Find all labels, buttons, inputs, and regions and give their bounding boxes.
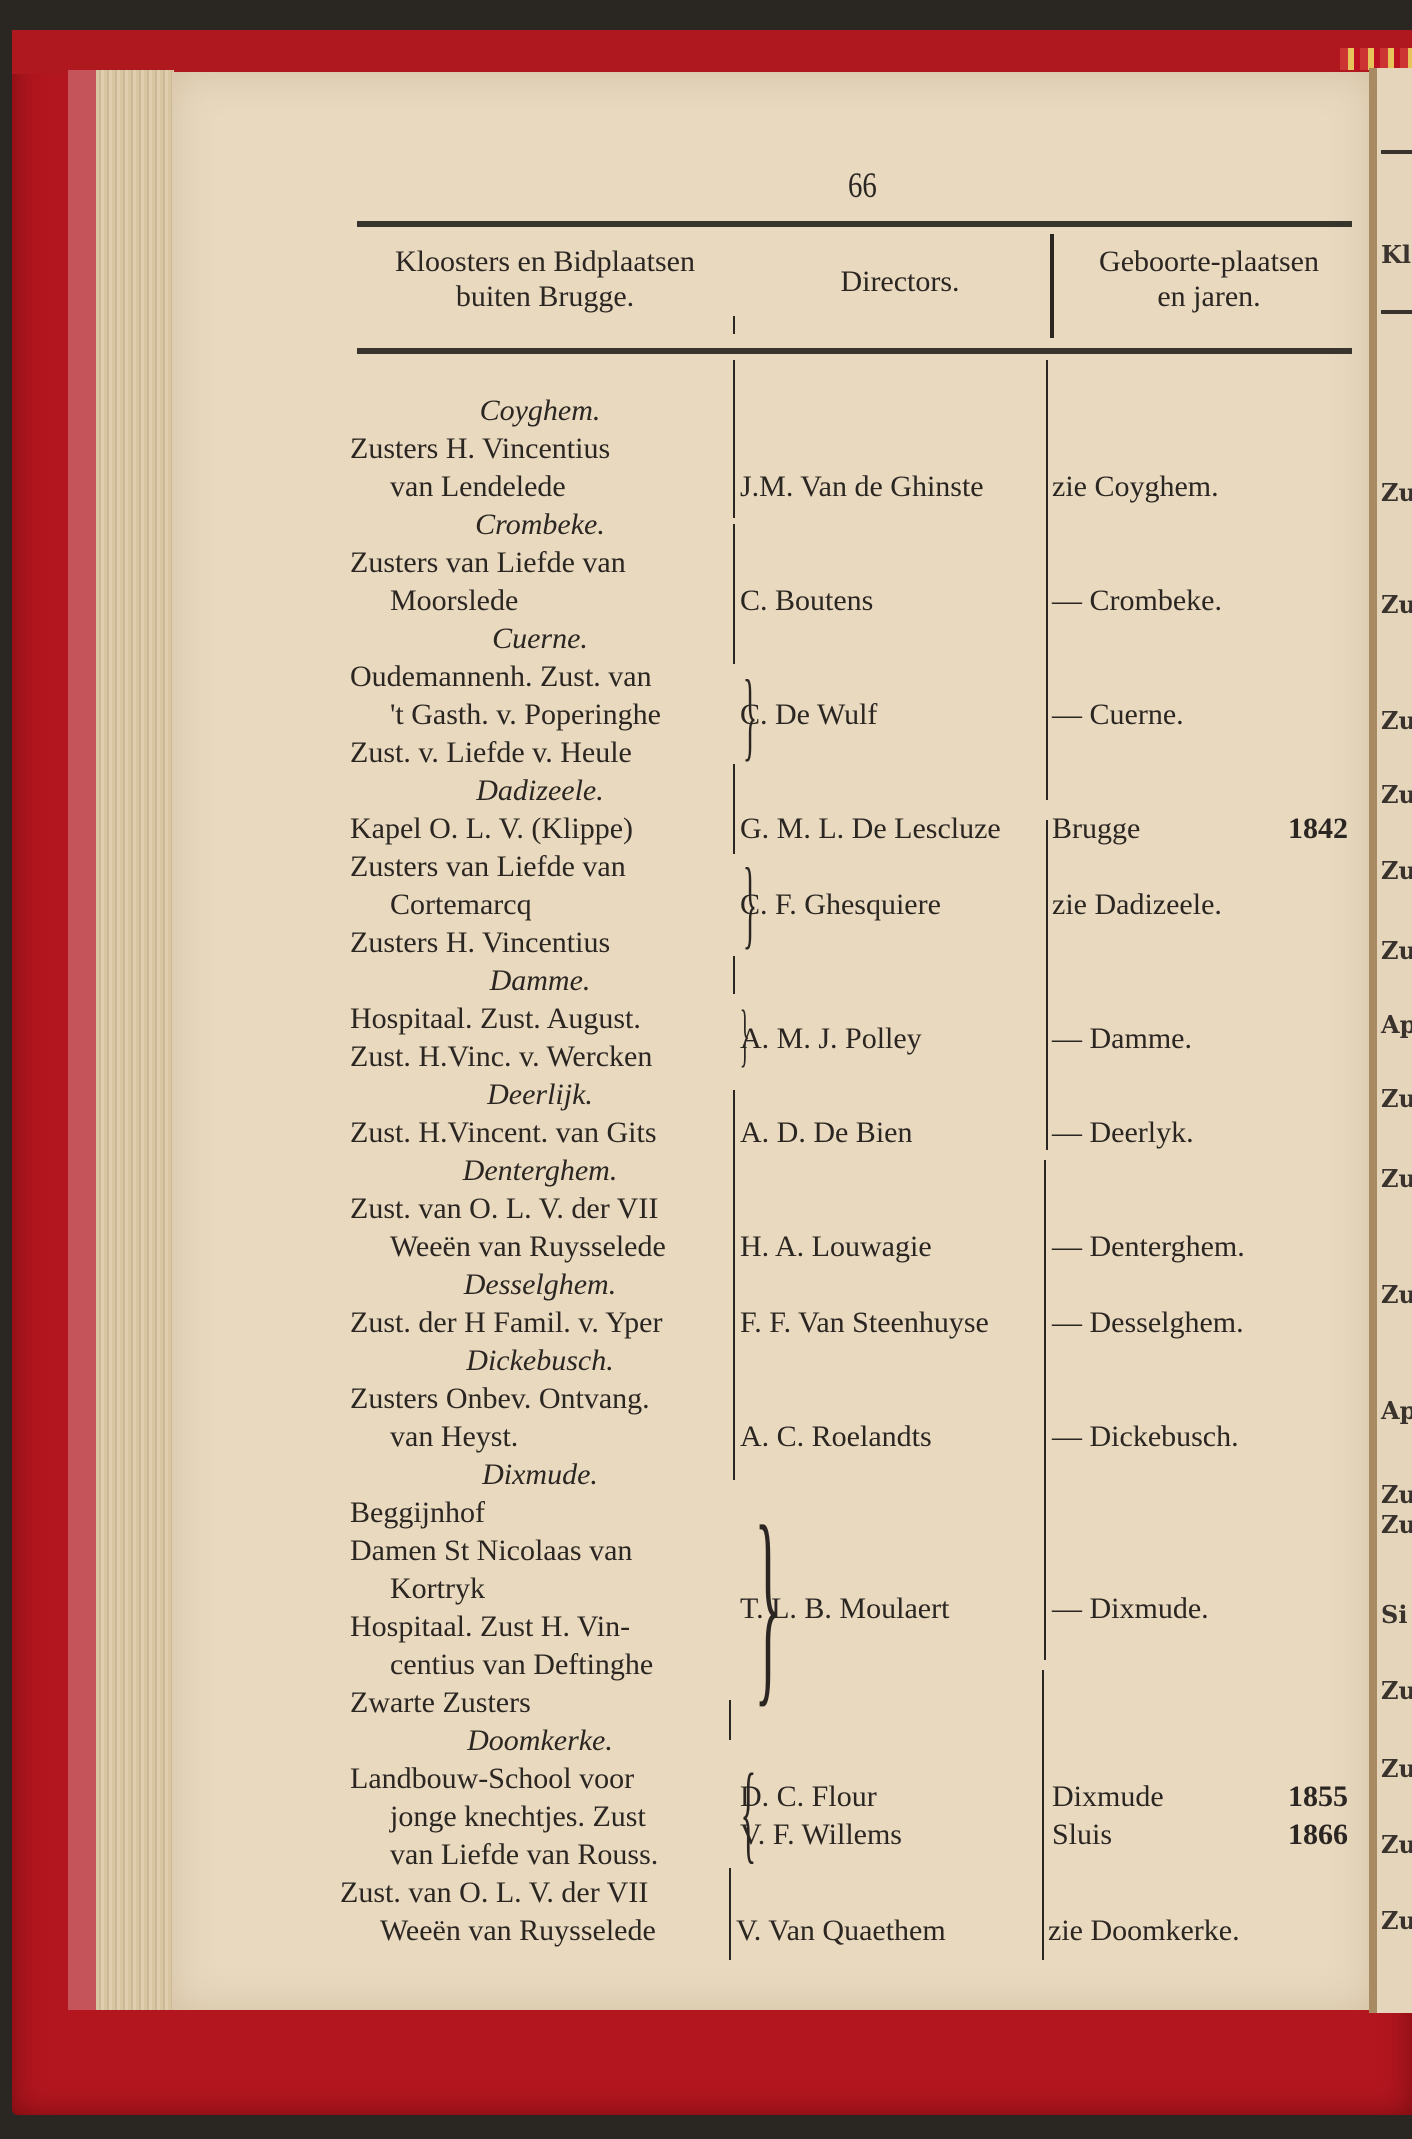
column-divider <box>1044 1160 1046 1660</box>
place-heading: Coyghem. <box>350 392 730 430</box>
headband <box>1340 48 1412 70</box>
institution-line: Zust. H.Vincent. van Gits <box>350 1114 730 1152</box>
institution-line: Oudemannenh. Zust. van <box>350 658 730 696</box>
next-page-edge: Kl Zu Zu Zu Zu Zu Zu Ap Zu Zu Zu Ap Zu Z… <box>1377 68 1412 2013</box>
column-header-directors: Directors. <box>760 264 1040 299</box>
header-col3-line2: en jaren. <box>1064 279 1354 314</box>
next-page-fragment: Zu <box>1381 1754 1412 1783</box>
institution-line: Landbouw-School voor <box>350 1760 730 1798</box>
institution-line: Hospitaal. Zust H. Vin- <box>350 1608 730 1646</box>
director-name: V. F. Willems <box>740 1816 902 1854</box>
director-name: D. C. Flour <box>740 1778 877 1816</box>
birthplace: Brugge <box>1052 810 1140 848</box>
institution-line: Zust. van O. L. V. der VII <box>350 1190 730 1228</box>
institution-line: Zusters van Liefde van <box>350 848 730 886</box>
institution-line: van Heyst. <box>350 1418 770 1456</box>
header-divider <box>1050 234 1054 338</box>
next-page-fragment: Zu <box>1381 1480 1412 1509</box>
next-page-fragment: Ap <box>1381 1396 1412 1425</box>
institution-line: centius van Deftinghe <box>350 1646 770 1684</box>
place-heading: Dixmude. <box>350 1456 730 1494</box>
institution-line: Zust. v. Liefde v. Heule <box>350 734 730 772</box>
place-heading: Denterghem. <box>350 1152 730 1190</box>
institution-line: Weeën van Ruysselede <box>350 1228 770 1266</box>
gutter <box>1369 68 1377 2013</box>
birthplace: — Deerlyk. <box>1052 1114 1194 1152</box>
place-heading: Dadizeele. <box>350 772 730 810</box>
institution-line: Zwarte Zusters <box>350 1684 730 1722</box>
place-heading: Damme. <box>350 962 730 1000</box>
next-page-fragment: Si <box>1381 1600 1407 1629</box>
next-page-fragment: Zu <box>1381 1084 1412 1113</box>
institution-line: Hospitaal. Zust. August. <box>350 1000 730 1038</box>
cover-top-edge <box>12 30 1412 74</box>
director-name: V. Van Quaethem <box>736 1912 946 1950</box>
birthplace: Dixmude <box>1052 1778 1164 1816</box>
next-page-fragment: Zu <box>1381 1906 1412 1935</box>
institution-line: jonge knechtjes. Zust <box>350 1798 770 1836</box>
institution-line: Zust. H.Vinc. v. Wercken <box>350 1038 730 1076</box>
institution-line: 't Gasth. v. Poperinghe <box>350 696 770 734</box>
place-heading: Desselghem. <box>350 1266 730 1304</box>
institution-line: van Liefde van Rouss. <box>350 1836 770 1874</box>
director-name: F. F. Van Steenhuyse <box>740 1304 989 1342</box>
next-page-fragment: Zu <box>1381 1676 1412 1705</box>
director-name: A. M. J. Polley <box>740 1020 922 1058</box>
birthplace: Sluis <box>1052 1816 1112 1854</box>
next-page-fragment: Zu <box>1381 1510 1412 1539</box>
next-page-fragment: Zu <box>1381 1830 1412 1859</box>
director-name: C. Boutens <box>740 582 873 620</box>
next-page-fragment: Zu <box>1381 478 1412 507</box>
next-page-fragment: Zu <box>1381 936 1412 965</box>
place-heading: Deerlijk. <box>350 1076 730 1114</box>
birthplace: zie Doomkerke. <box>1048 1912 1240 1950</box>
next-page-fragment: Zu <box>1381 780 1412 809</box>
director-name: J.M. Van de Ghinste <box>740 468 984 506</box>
director-name: H. A. Louwagie <box>740 1228 932 1266</box>
page-number: 66 <box>848 164 877 206</box>
place-heading: Doomkerke. <box>350 1722 730 1760</box>
next-page-fragment: Zu <box>1381 856 1412 885</box>
column-divider <box>733 956 735 994</box>
birthplace: — Cuerne. <box>1052 696 1184 734</box>
birthplace: — Dixmude. <box>1052 1590 1209 1628</box>
institution-line: Zusters van Liefde van <box>350 544 730 582</box>
birthplace: — Damme. <box>1052 1020 1192 1058</box>
institution-line: Cortemarcq <box>350 886 770 924</box>
birthplace: zie Coyghem. <box>1052 468 1219 506</box>
institution-line: Zusters H. Vincentius <box>350 924 730 962</box>
birthplace: — Crombeke. <box>1052 582 1222 620</box>
next-page-fragment: Kl <box>1381 240 1411 269</box>
institution-line: Damen St Nicolaas van <box>350 1532 730 1570</box>
director-name: T. L. B. Moulaert <box>740 1590 949 1628</box>
column-divider <box>733 764 735 854</box>
institution-line: Zust. van O. L. V. der VII <box>340 1874 720 1912</box>
institution-line: van Lendelede <box>350 468 770 506</box>
birth-year: 1842 <box>1288 812 1348 846</box>
place-heading: Cuerne. <box>350 620 730 658</box>
director-name: C. F. Ghesquiere <box>740 886 941 924</box>
birthplace: — Denterghem. <box>1052 1228 1245 1266</box>
place-heading: Dickebusch. <box>350 1342 730 1380</box>
header-col1-line2: buiten Brugge. <box>345 279 745 314</box>
institution-line: Zusters Onbev. Ontvang. <box>350 1380 730 1418</box>
institution-line: Weeën van Ruysselede <box>340 1912 760 1950</box>
header-bottom-rule <box>357 348 1352 354</box>
next-page-rule <box>1381 150 1412 154</box>
institution-line: Moorslede <box>350 582 770 620</box>
column-divider <box>1046 360 1048 800</box>
next-page-fragment: Zu <box>1381 590 1412 619</box>
birth-year: 1866 <box>1288 1818 1348 1852</box>
institution-line: Zust. der H Famil. v. Yper <box>350 1304 730 1342</box>
page-edges <box>96 70 174 2010</box>
column-header-geboorte: Geboorte-plaatsen en jaren. <box>1064 244 1354 314</box>
column-divider <box>1046 820 1048 1150</box>
next-page-fragment: Ap <box>1381 1010 1412 1039</box>
institution-line: Kortryk <box>350 1570 770 1608</box>
header-col3-line1: Geboorte-plaatsen <box>1064 244 1354 279</box>
next-page-rule <box>1381 310 1412 314</box>
birth-year: 1855 <box>1288 1780 1348 1814</box>
institution-line: Beggijnhof <box>350 1494 730 1532</box>
next-page-fragment: Zu <box>1381 1280 1412 1309</box>
institution-line: Zusters H. Vincentius <box>350 430 730 468</box>
header-col1-line1: Kloosters en Bidplaatsen <box>345 244 745 279</box>
birthplace: zie Dadizeele. <box>1052 886 1222 924</box>
birthplace: — Dickebusch. <box>1052 1418 1239 1456</box>
institution-line: Kapel O. L. V. (Klippe) <box>350 810 730 848</box>
place-heading: Crombeke. <box>350 506 730 544</box>
header-divider <box>733 316 735 334</box>
director-name: C. De Wulf <box>740 696 877 734</box>
header-top-rule <box>357 221 1352 227</box>
column-divider <box>1042 1670 1044 1960</box>
director-name: G. M. L. De Lescluze <box>740 810 1001 848</box>
next-page-fragment: Zu <box>1381 706 1412 735</box>
pastedown <box>68 70 98 2010</box>
column-header-kloosters: Kloosters en Bidplaatsen buiten Brugge. <box>345 244 745 314</box>
next-page-fragment: Zu <box>1381 1164 1412 1193</box>
director-name: A. D. De Bien <box>740 1114 912 1152</box>
director-name: A. C. Roelandts <box>740 1418 932 1456</box>
birthplace: — Desselghem. <box>1052 1304 1244 1342</box>
